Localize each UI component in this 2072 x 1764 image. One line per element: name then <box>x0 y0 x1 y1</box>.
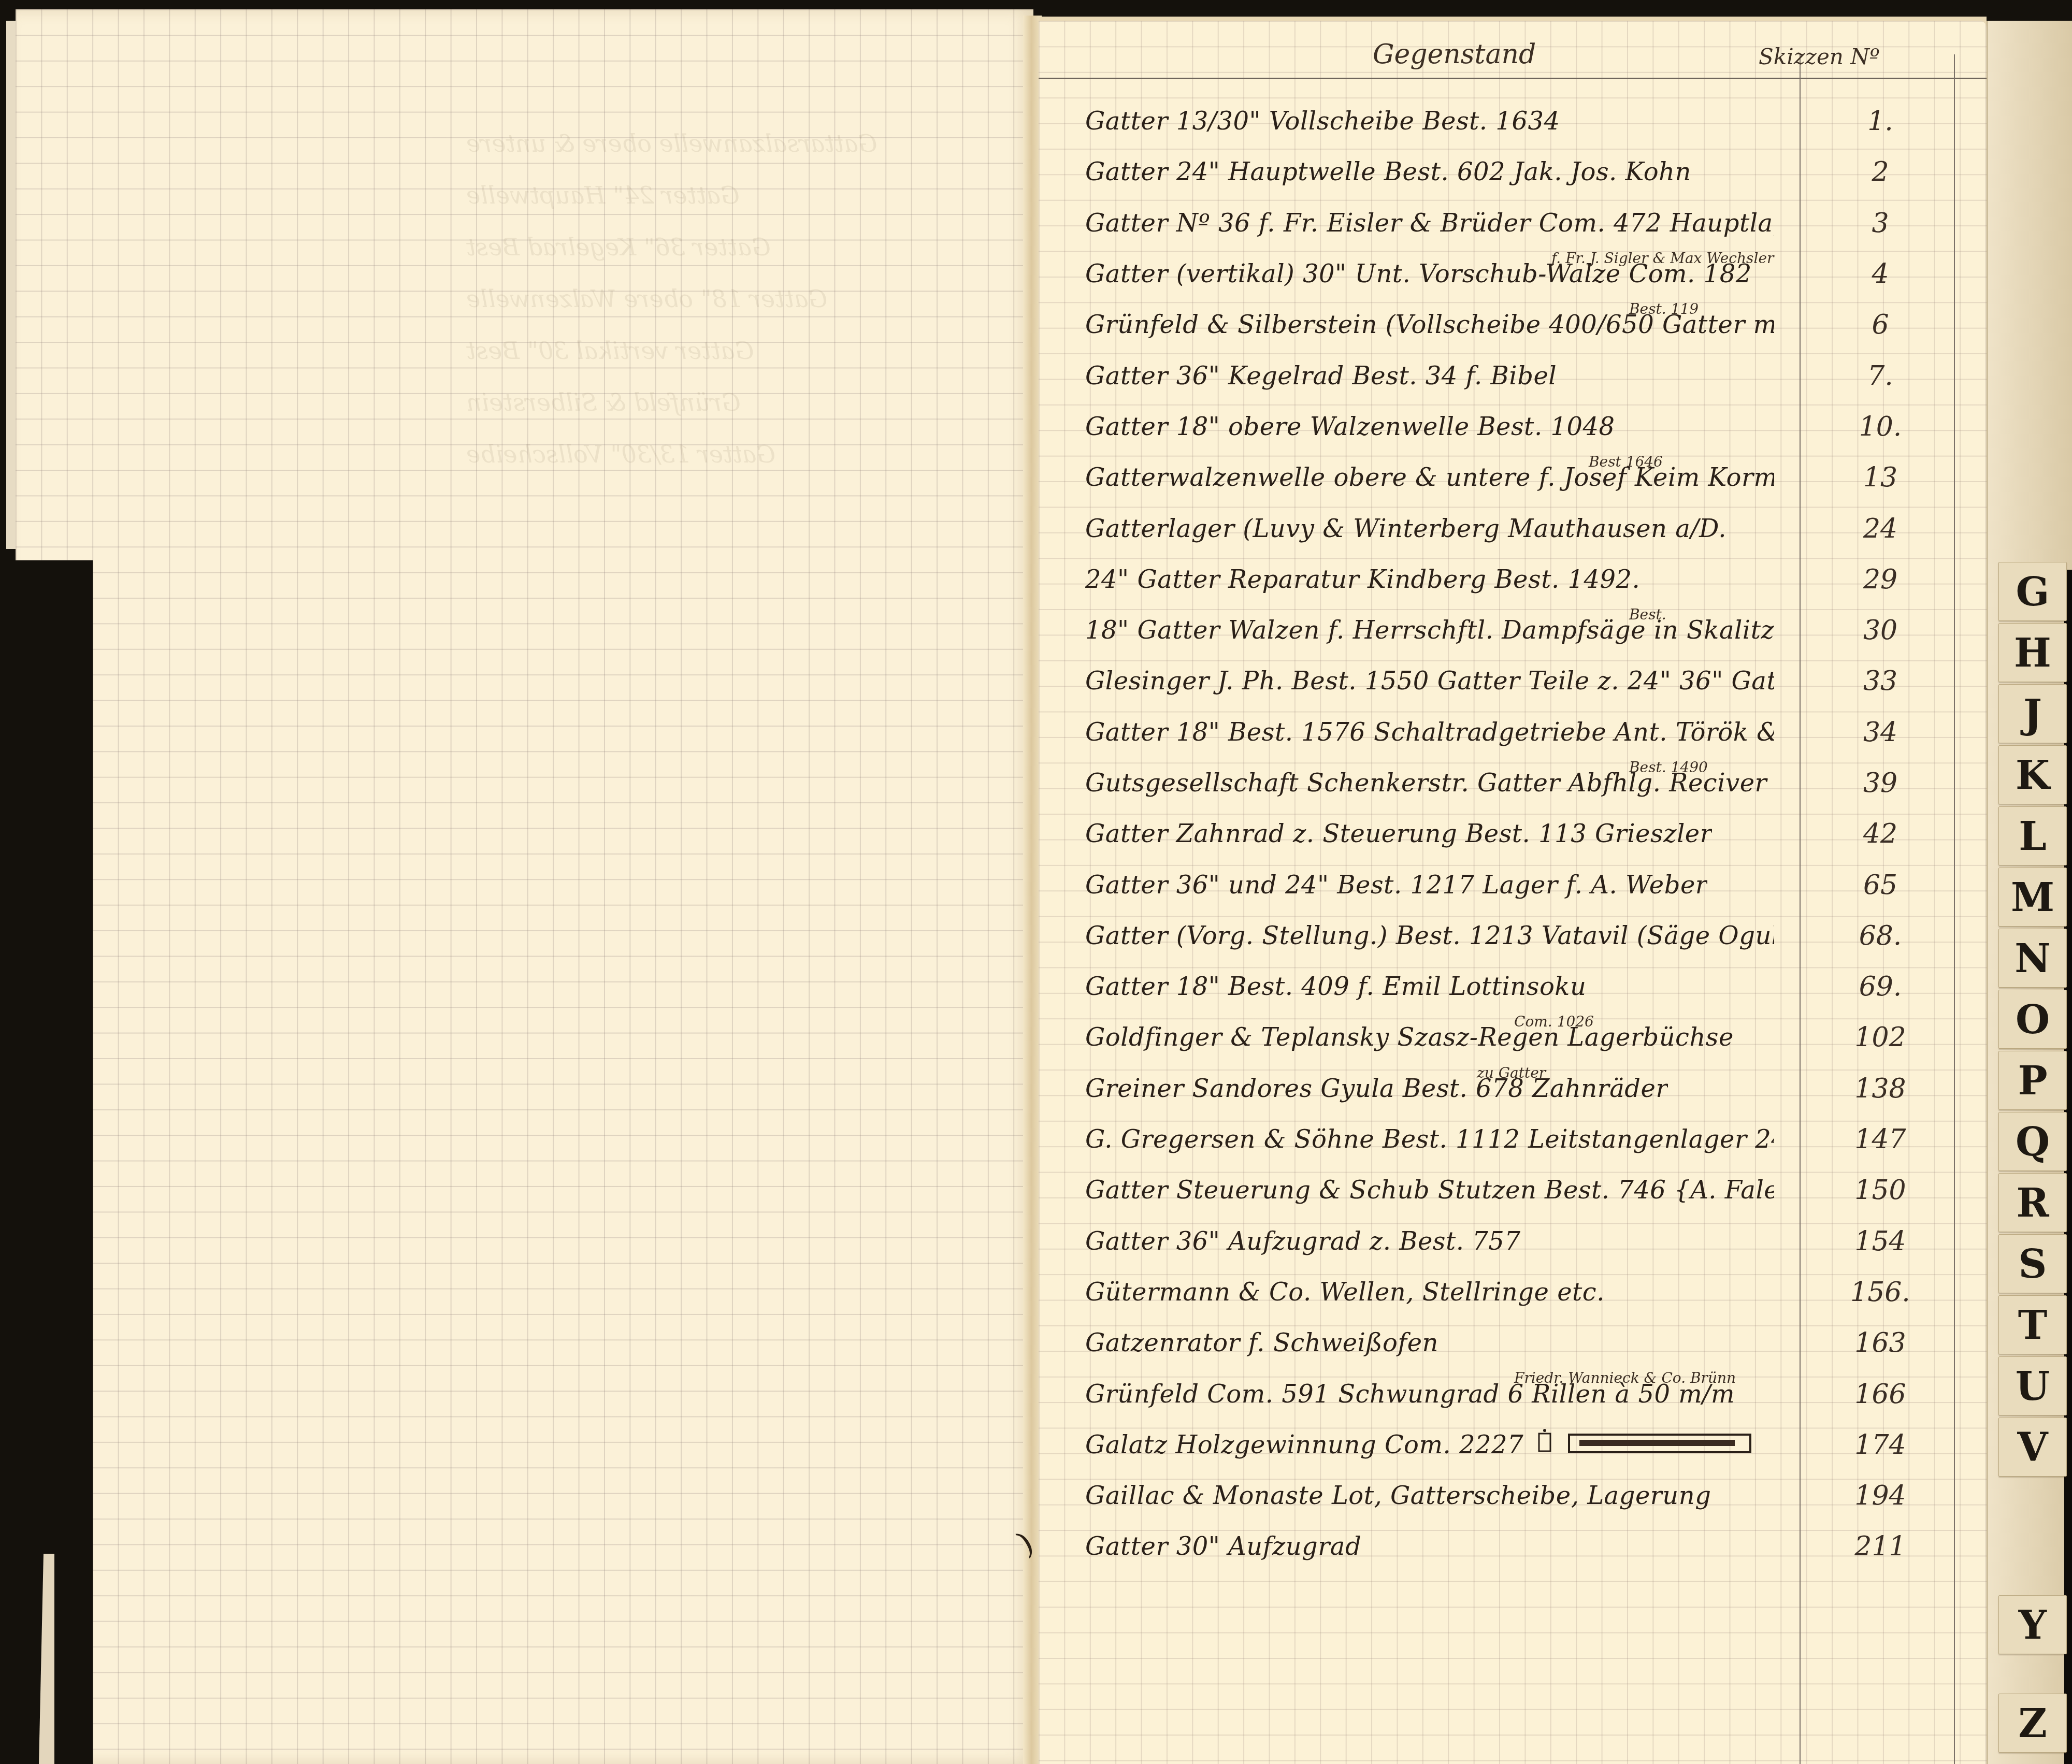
sketch-number: 30 <box>1844 615 1917 646</box>
bleed-through-line: Gatter 24" Hauptwelle <box>466 181 740 209</box>
ledger-row: Gatter 36" Aufzugrad z. Best. 757154 <box>1085 1216 1966 1267</box>
entry-subject: Gatter 18" Best. 409 f. Emil Lottinsoku <box>1085 972 1586 1001</box>
sketch-number: 194 <box>1844 1480 1917 1511</box>
entry-subject: Glesinger J. Ph. Best. 1550 Gatter Teile… <box>1085 667 1774 696</box>
entry-subject: 18" Gatter Walzen f. Herrschftl. Dampfsä… <box>1085 616 1774 645</box>
index-tab-z[interactable]: Z <box>1998 1694 2067 1753</box>
bleed-through-line: Gatter 36" Kegelrad Best <box>466 233 771 261</box>
sketch-number: 3 <box>1844 208 1917 239</box>
sketch-number: 2 <box>1844 156 1917 187</box>
entry-subject: Gatterlager (Luvy & Winterberg Mauthause… <box>1085 514 1726 543</box>
entry-subject: Gatter Nº 36 f. Fr. Eisler & Brüder Com.… <box>1085 209 1774 238</box>
entry-subject: Gatter 18" obere Walzenwelle Best. 1048 <box>1085 412 1615 441</box>
ledger-row: Gatter 24" Hauptwelle Best. 602 Jak. Jos… <box>1085 147 1966 197</box>
ledger-row: Gatter Nº 36 f. Fr. Eisler & Brüder Com.… <box>1085 198 1966 249</box>
entry-annotation: Best. 1490 <box>1629 759 1708 776</box>
index-tab-v[interactable]: V <box>1998 1418 2067 1477</box>
entry-subject: Galatz Holzgewinnung Com. 2227 <box>1085 1430 1523 1459</box>
ledger-row: Gatter (Vorg. Stellung.) Best. 1213 Vata… <box>1085 910 1966 961</box>
page-edge-stack <box>6 21 17 549</box>
index-tab-q[interactable]: Q <box>1998 1112 2067 1171</box>
entry-annotation: Friedr. Wannieck & Co. Brünn <box>1514 1369 1736 1386</box>
left-page-blank-grid <box>16 9 1033 1764</box>
ledger-row: Gatzenrator f. Schweißofen163 <box>1085 1318 1966 1368</box>
bleed-through-line: Gattarsalzanwelle obere & untere <box>466 129 877 157</box>
ledger-row: Gatter 18" Best. 1576 Schaltradgetriebe … <box>1085 707 1966 758</box>
sketch-number: 10. <box>1844 411 1917 442</box>
entry-subject: Gatter 30" Aufzugrad <box>1085 1532 1361 1561</box>
sketch-number: 13 <box>1844 462 1917 493</box>
sketch-number: 138 <box>1844 1073 1917 1104</box>
entry-subject: Gatter Zahnrad z. Steuerung Best. 113 Gr… <box>1085 819 1712 848</box>
entry-annotation: Best. 119 <box>1629 300 1699 317</box>
sketch-number: 1. <box>1844 106 1917 137</box>
ledger-row: 18" Gatter Walzen f. Herrschftl. Dampfsä… <box>1085 605 1966 656</box>
index-tab-y[interactable]: Y <box>1998 1595 2067 1654</box>
sketch-number: 174 <box>1844 1429 1917 1461</box>
sketch-number: 7. <box>1844 360 1917 392</box>
index-tab-j[interactable]: J <box>1998 684 2067 743</box>
sketch-number: 166 <box>1844 1379 1917 1410</box>
ledger-row: Gatterwalzenwelle obere & untere f. Jose… <box>1085 452 1966 503</box>
sketch-number: 39 <box>1844 768 1917 799</box>
sketch-number: 211 <box>1844 1531 1917 1562</box>
ledger-row: Gatter 18" Best. 409 f. Emil Lottinsoku6… <box>1085 961 1966 1012</box>
sketch-number: 154 <box>1844 1226 1917 1257</box>
entry-annotation: Best. <box>1629 606 1666 623</box>
sketch-number: 69. <box>1844 971 1917 1002</box>
ledger-row: Grünfeld & Silberstein (Vollscheibe 400/… <box>1085 299 1966 350</box>
entry-annotation: Best 1646 <box>1589 453 1663 470</box>
page-edge-stack-lower <box>39 1554 54 1764</box>
sketch-number: 34 <box>1844 717 1917 748</box>
ledger-row: Gatter 36" Kegelrad Best. 34 f. Bibel7. <box>1085 350 1966 401</box>
sketch-number: 102 <box>1844 1022 1917 1053</box>
bleed-through-line: Gatter 18" obere Walzenwelle <box>466 285 827 313</box>
ledger-row: Gatter 13/30" Vollscheibe Best. 16341. <box>1085 96 1966 147</box>
index-tab-k[interactable]: K <box>1998 745 2067 804</box>
sketch-number: 29 <box>1844 564 1917 595</box>
ledger-row: Galatz Holzgewinnung Com. 2227174 <box>1085 1420 1966 1470</box>
entry-subject: Gatter 24" Hauptwelle Best. 602 Jak. Jos… <box>1085 157 1691 186</box>
bleed-through-line: Gatter 13/30" Vollscheibe <box>466 440 775 468</box>
ledger-row: Gutsgesellschaft Schenkerstr. Gatter Abf… <box>1085 758 1966 808</box>
entry-subject: G. Gregersen & Söhne Best. 1112 Leitstan… <box>1085 1125 1774 1154</box>
ledger-row: Gaillac & Monaste Lot, Gatterscheibe, La… <box>1085 1470 1966 1521</box>
entry-subject: Gatter 36" und 24" Best. 1217 Lager f. A… <box>1085 871 1707 900</box>
entry-subject: Gatter 13/30" Vollscheibe Best. 1634 <box>1085 107 1560 136</box>
ledger-entries: Gatter 13/30" Vollscheibe Best. 16341.Ga… <box>1085 96 1966 1572</box>
column-header-sketch-number: Skizzen Nº <box>1759 44 1880 69</box>
index-tab-l[interactable]: L <box>1998 806 2067 865</box>
ledger-row: Goldfinger & Teplansky Szasz-Regen Lager… <box>1085 1012 1966 1063</box>
index-tab-t[interactable]: T <box>1998 1295 2067 1354</box>
sketch-number: 163 <box>1844 1327 1917 1358</box>
entry-subject: Gatter (Vorg. Stellung.) Best. 1213 Vata… <box>1085 921 1774 950</box>
entry-subject: Goldfinger & Teplansky Szasz-Regen Lager… <box>1085 1023 1734 1052</box>
sketch-number: 4 <box>1844 258 1917 290</box>
index-tab-h[interactable]: H <box>1998 623 2067 682</box>
entry-subject: 24" Gatter Reparatur Kindberg Best. 1492… <box>1085 565 1640 594</box>
entry-subject: Gatterwalzenwelle obere & untere f. Jose… <box>1085 463 1774 492</box>
entry-subject: Gatter 36" Aufzugrad z. Best. 757 <box>1085 1227 1520 1256</box>
index-tab-u[interactable]: U <box>1998 1356 2067 1415</box>
index-tab-m[interactable]: M <box>1998 867 2067 927</box>
pulley-sketch-icon <box>1538 1428 1756 1462</box>
ledger-row: Gatter (vertikal) 30" Unt. Vorschub-Walz… <box>1085 249 1966 299</box>
entry-annotation: Com. 1026 <box>1514 1013 1594 1030</box>
sketch-number: 150 <box>1844 1175 1917 1206</box>
ledger-row: Gatter Steuerung & Schub Stutzen Best. 7… <box>1085 1165 1966 1216</box>
header-rule <box>1039 78 1987 79</box>
sketch-number: 33 <box>1844 666 1917 697</box>
sketch-number: 6 <box>1844 309 1917 340</box>
entry-subject: Gütermann & Co. Wellen, Stellringe etc. <box>1085 1278 1605 1307</box>
ledger-row: Gatter 36" und 24" Best. 1217 Lager f. A… <box>1085 859 1966 910</box>
sketch-number: 65 <box>1844 870 1917 901</box>
ledger-row: Grünfeld Com. 591 Schwungrad 6 Rillen à … <box>1085 1368 1966 1419</box>
sketch-number: 24 <box>1844 513 1917 544</box>
sketch-number: 147 <box>1844 1124 1917 1155</box>
sketch-number: 68. <box>1844 920 1917 951</box>
entry-subject: Gatter 18" Best. 1576 Schaltradgetriebe … <box>1085 718 1774 747</box>
index-tab-p[interactable]: P <box>1998 1051 2067 1110</box>
ledger-row: Greiner Sandores Gyula Best. 678 Zahnräd… <box>1085 1063 1966 1114</box>
ledger-row: Gatter 18" obere Walzenwelle Best. 10481… <box>1085 401 1966 452</box>
ledger-row: Gatter 30" Aufzugrad211 <box>1085 1521 1966 1572</box>
entry-subject: Gatter 36" Kegelrad Best. 34 f. Bibel <box>1085 362 1557 391</box>
column-header-subject: Gegenstand <box>1373 39 1536 70</box>
entry-subject: Gatter Steuerung & Schub Stutzen Best. 7… <box>1085 1176 1774 1205</box>
ledger-row: 24" Gatter Reparatur Kindberg Best. 1492… <box>1085 554 1966 605</box>
ledger-row: Gatter Zahnrad z. Steuerung Best. 113 Gr… <box>1085 808 1966 859</box>
ledger-row: G. Gregersen & Söhne Best. 1112 Leitstan… <box>1085 1114 1966 1165</box>
entry-subject: Gaillac & Monaste Lot, Gatterscheibe, La… <box>1085 1481 1711 1510</box>
bleed-through-line: Gatter vertikal 30" Best <box>466 337 754 365</box>
entry-subject: Greiner Sandores Gyula Best. 678 Zahnräd… <box>1085 1074 1668 1103</box>
entry-subject: Gatzenrator f. Schweißofen <box>1085 1328 1438 1357</box>
entry-annotation: zu Gatter <box>1477 1064 1546 1081</box>
index-tab-s[interactable]: S <box>1998 1234 2067 1293</box>
index-tab-o[interactable]: O <box>1998 990 2067 1049</box>
bleed-through-line: Grünfeld & Silberstein <box>466 388 741 416</box>
index-tab-g[interactable]: G <box>1998 562 2067 621</box>
entry-annotation: f. Fr. J. Sigler & Max Wechsler <box>1551 250 1774 267</box>
sketch-number: 42 <box>1844 818 1917 849</box>
ledger-row: Gatterlager (Luvy & Winterberg Mauthause… <box>1085 503 1966 554</box>
index-tab-r[interactable]: R <box>1998 1173 2067 1232</box>
ledger-row: Glesinger J. Ph. Best. 1550 Gatter Teile… <box>1085 656 1966 706</box>
index-tab-n[interactable]: N <box>1998 929 2067 988</box>
sketch-number: 156. <box>1844 1277 1917 1308</box>
ledger-row: Gütermann & Co. Wellen, Stellringe etc.1… <box>1085 1267 1966 1318</box>
